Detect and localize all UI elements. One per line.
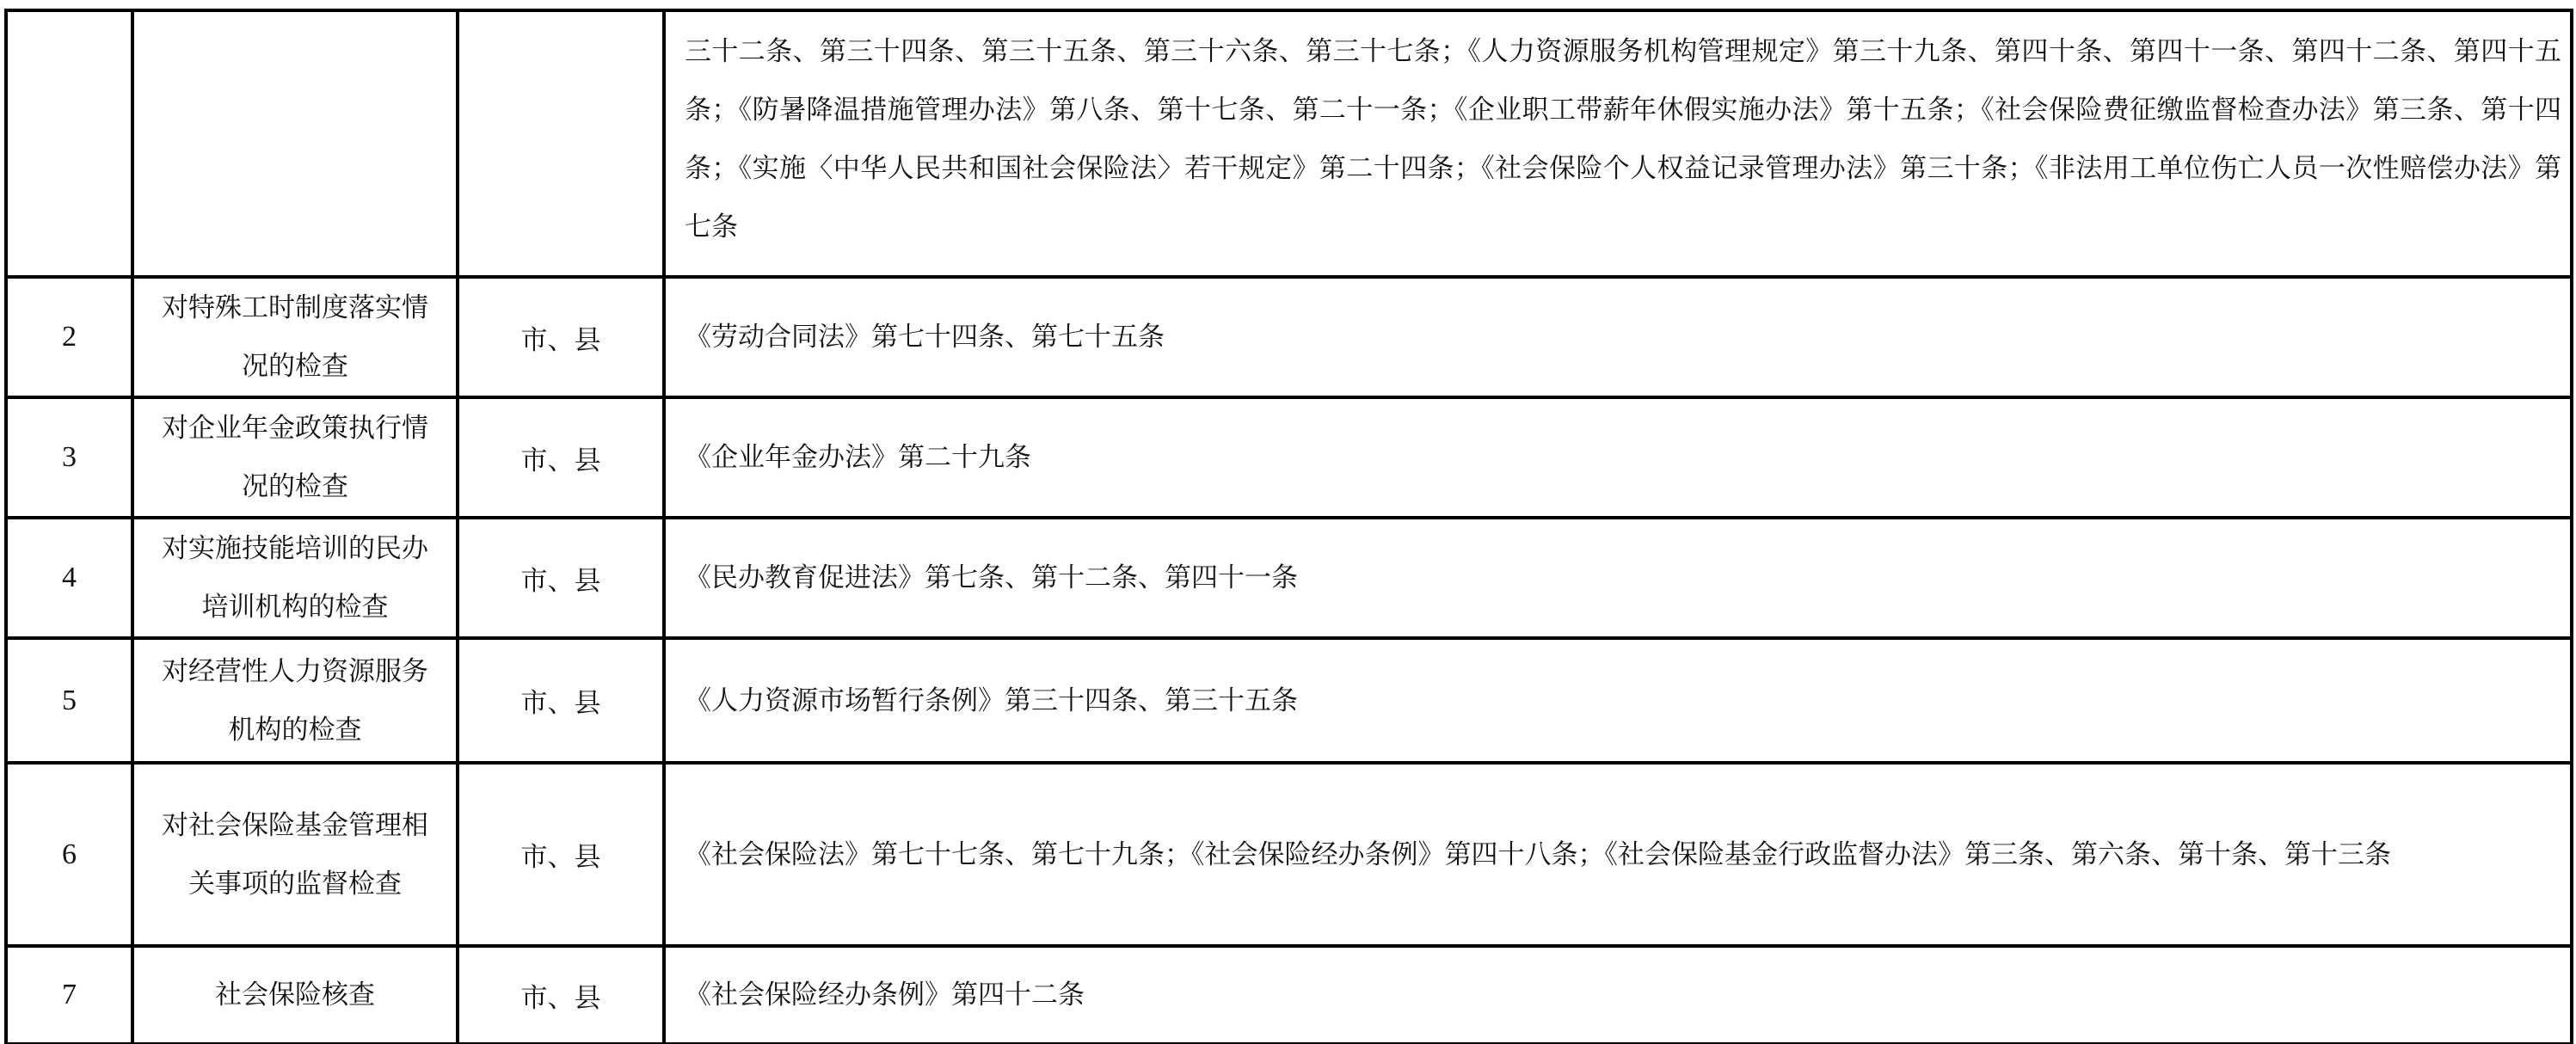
table-row: 7 社会保险核查 市、县 《社会保险经办条例》第四十二条 [6, 946, 2572, 1044]
implementation-level: 市、县 [458, 946, 664, 1044]
row-number: 3 [6, 397, 132, 518]
table-row: 三十二条、第三十四条、第三十五条、第三十六条、第三十七条；《人力资源服务机构管理… [6, 10, 2572, 277]
row-number: 7 [6, 946, 132, 1044]
implementation-level: 市、县 [458, 277, 664, 397]
legal-basis: 三十二条、第三十四条、第三十五条、第三十六条、第三十七条；《人力资源服务机构管理… [664, 10, 2572, 277]
item-name [132, 10, 458, 277]
item-name: 社会保险核查 [132, 946, 458, 1044]
table-row: 6 对社会保险基金管理相关事项的监督检查 市、县 《社会保险法》第七十七条、第七… [6, 763, 2572, 946]
item-name: 对社会保险基金管理相关事项的监督检查 [132, 763, 458, 946]
implementation-level: 市、县 [458, 518, 664, 638]
legal-basis: 《民办教育促进法》第七条、第十二条、第四十一条 [664, 518, 2572, 638]
row-number [6, 10, 132, 277]
legal-basis: 《劳动合同法》第七十四条、第七十五条 [664, 277, 2572, 397]
legal-basis: 《人力资源市场暂行条例》第三十四条、第三十五条 [664, 638, 2572, 763]
legal-basis: 《社会保险经办条例》第四十二条 [664, 946, 2572, 1044]
item-name: 对企业年金政策执行情况的检查 [132, 397, 458, 518]
inspection-items-table: 三十二条、第三十四条、第三十五条、第三十六条、第三十七条；《人力资源服务机构管理… [4, 9, 2573, 1044]
row-number: 4 [6, 518, 132, 638]
table-row: 4 对实施技能培训的民办培训机构的检查 市、县 《民办教育促进法》第七条、第十二… [6, 518, 2572, 638]
implementation-level: 市、县 [458, 397, 664, 518]
table-row: 5 对经营性人力资源服务机构的检查 市、县 《人力资源市场暂行条例》第三十四条、… [6, 638, 2572, 763]
implementation-level: 市、县 [458, 763, 664, 946]
item-name: 对特殊工时制度落实情况的检查 [132, 277, 458, 397]
item-name: 对实施技能培训的民办培训机构的检查 [132, 518, 458, 638]
legal-basis: 《社会保险法》第七十七条、第七十九条；《社会保险经办条例》第四十八条；《社会保险… [664, 763, 2572, 946]
row-number: 6 [6, 763, 132, 946]
item-name: 对经营性人力资源服务机构的检查 [132, 638, 458, 763]
row-number: 5 [6, 638, 132, 763]
legal-basis: 《企业年金办法》第二十九条 [664, 397, 2572, 518]
row-number: 2 [6, 277, 132, 397]
implementation-level [458, 10, 664, 277]
table-row: 3 对企业年金政策执行情况的检查 市、县 《企业年金办法》第二十九条 [6, 397, 2572, 518]
table-row: 2 对特殊工时制度落实情况的检查 市、县 《劳动合同法》第七十四条、第七十五条 [6, 277, 2572, 397]
implementation-level: 市、县 [458, 638, 664, 763]
